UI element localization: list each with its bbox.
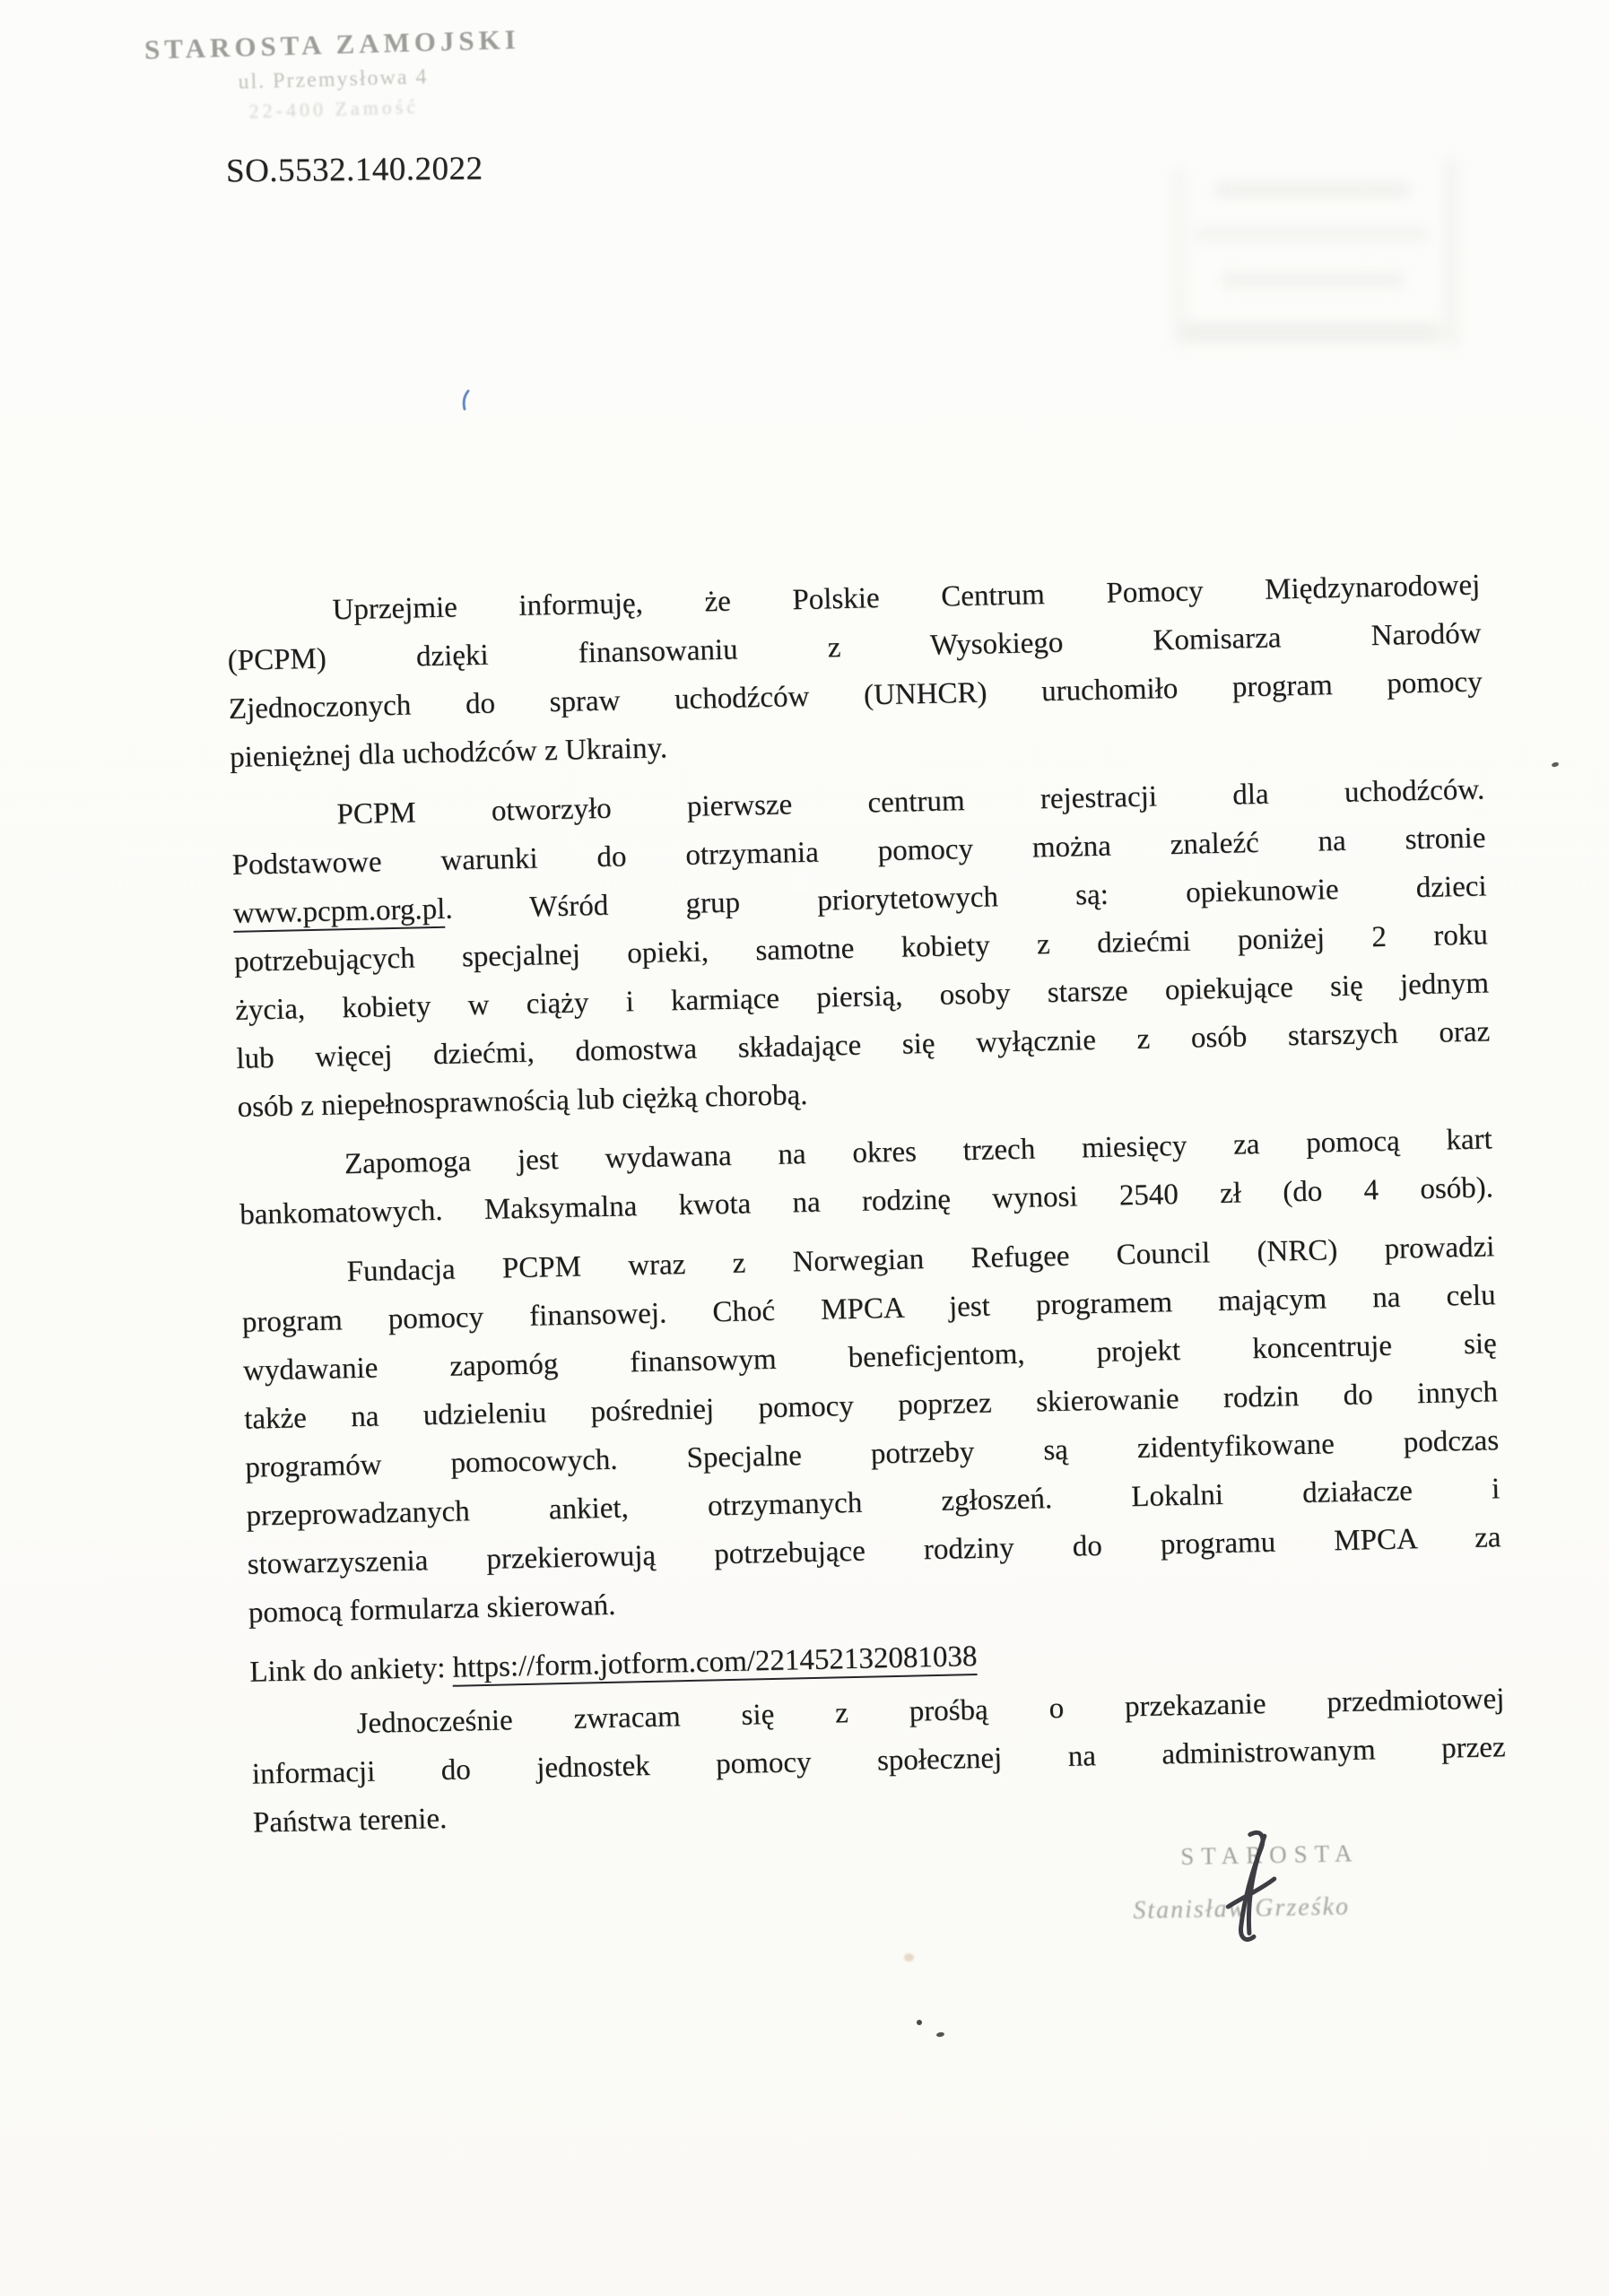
survey-link-label: Link do ankiety: [249, 1652, 453, 1689]
sender-stamp-name: STAROSTA ZAMOJSKI [135, 23, 530, 66]
handwritten-signature [1216, 1827, 1283, 1948]
paper-stain [904, 1953, 914, 1961]
faded-stamp-smudge [1222, 273, 1405, 287]
paragraph: Uprzejmie informuję, że Polskie Centrum … [226, 561, 1483, 782]
faded-stamp-mark [1159, 131, 1473, 366]
pcpm-website-link: www.pcpm.org.pl [233, 893, 446, 933]
ink-speck [1551, 761, 1559, 768]
paragraph: Zapomoga jest wydawana na okres trzech m… [238, 1115, 1493, 1239]
sender-stamp: STAROSTA ZAMOJSKI ul. Przemysłowa 4 22-4… [135, 23, 532, 126]
ink-speck [936, 2031, 945, 2037]
reference-number: SO.5532.140.2022 [226, 150, 483, 191]
faded-stamp-smudge [1184, 323, 1440, 343]
faded-stamp-smudge [1444, 158, 1458, 348]
faded-stamp-smudge [1195, 228, 1430, 240]
signature-block: STAROSTA Stanisław Grześko [1132, 1839, 1430, 1926]
sender-stamp-street: ul. Przemysłowa 4 [135, 63, 531, 98]
paragraph: Jednocześnie zwracam się z prośbą o prze… [250, 1674, 1507, 1847]
blue-pen-mark [459, 389, 472, 411]
survey-url: https://form.jotform.com/221452132081038 [452, 1640, 978, 1687]
ink-speck [917, 2020, 922, 2025]
faded-stamp-smudge [1173, 167, 1186, 346]
paragraph: Fundacja PCPM wraz z Norwegian Refugee C… [240, 1222, 1502, 1637]
paragraph: PCPM otworzyło pierwsze centrum rejestra… [230, 765, 1492, 1131]
sender-stamp-city: 22-400 Zamość [136, 92, 532, 126]
faded-stamp-smudge [1214, 183, 1410, 197]
letter-body: Uprzejmie informuję, że Polskie Centrum … [226, 561, 1508, 1858]
scanned-letter-page: STAROSTA ZAMOJSKI ul. Przemysłowa 4 22-4… [0, 0, 1609, 2296]
